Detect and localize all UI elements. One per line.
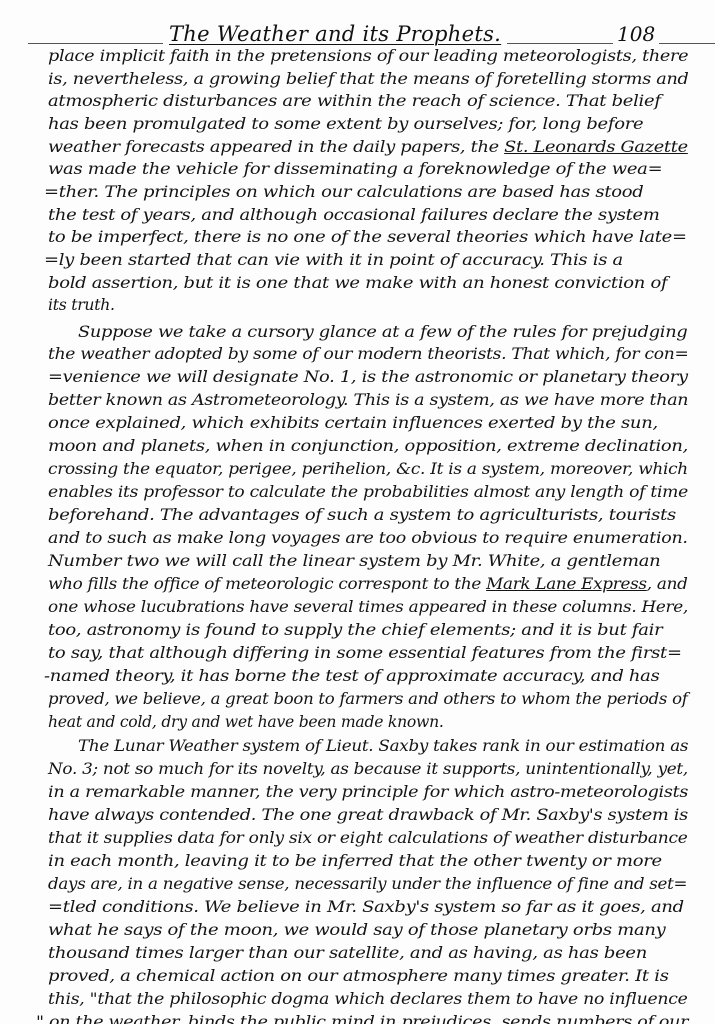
text-line: to be imperfect, there is no one of the … — [48, 228, 687, 246]
underlined-title: Mark Lane Express — [486, 575, 647, 593]
text-line: " on the weather, binds the public mind … — [36, 1013, 688, 1024]
text-line: enables its professor to calculate the p… — [48, 483, 688, 501]
underlined-title: St. Leonards Gazette — [504, 138, 688, 156]
text-line: place implicit faith in the pretensions … — [48, 47, 688, 65]
text-line: =venience we will designate No. 1, is th… — [48, 368, 688, 386]
text-line: one whose lucubrations have several time… — [48, 598, 688, 616]
text-line: in each month, leaving it to be inferred… — [48, 852, 662, 870]
text-line: proved, a chemical action on our atmosph… — [48, 967, 669, 985]
text-line: thousand times larger than our satellite… — [48, 944, 647, 962]
text-line: to say, that although differing in some … — [48, 644, 682, 662]
text-line: who fills the office of meteorologic cor… — [48, 575, 688, 593]
text-line: =ther. The principles on which our calcu… — [44, 183, 643, 201]
text-line: in a remarkable manner, the very princip… — [48, 783, 688, 801]
text-line: moon and planets, when in conjunction, o… — [48, 437, 688, 455]
text-line: crossing the equator, perigee, perihelio… — [48, 460, 688, 478]
text-line: Number two we will call the linear syste… — [48, 552, 660, 570]
text-line: beforehand. The advantages of such a sys… — [48, 506, 676, 524]
text-line: once explained, which exhibits certain i… — [48, 414, 658, 432]
text-line: the test of years, and although occasion… — [48, 206, 660, 224]
text-line: has been promulgated to some extent by o… — [48, 115, 643, 133]
text-line: No. 3; not so much for its novelty, as b… — [48, 760, 688, 778]
text-line: atmospheric disturbances are within the … — [48, 92, 661, 110]
text-line: proved, we believe, a great boon to farm… — [48, 690, 688, 708]
text-line: the weather adopted by some of our moder… — [48, 345, 688, 363]
text-line: days are, in a negative sense, necessari… — [48, 875, 687, 893]
text-line: and to such as make long voyages are too… — [48, 529, 688, 547]
paragraph-start-line: The Lunar Weather system of Lieut. Saxby… — [78, 737, 688, 755]
text-line: =ly been started that can vie with it in… — [44, 251, 623, 269]
text-line: that it supplies data for only six or ei… — [48, 829, 688, 847]
text-line: heat and cold, dry and wet have been mad… — [48, 713, 444, 731]
paragraph-start-line: Suppose we take a cursory glance at a fe… — [78, 323, 687, 341]
page-title: The Weather and its Prophets. — [163, 22, 507, 46]
text-line: have always contended. The one great dra… — [48, 806, 688, 824]
text-line: is, nevertheless, a growing belief that … — [48, 70, 689, 88]
page-number: 108 — [613, 22, 659, 46]
text-line: =tled conditions. We believe in Mr. Saxb… — [48, 898, 684, 916]
text-line: too, astronomy is found to supply the ch… — [48, 621, 662, 639]
text-line: bold assertion, but it is one that we ma… — [48, 274, 667, 292]
text-line: what he says of the moon, we would say o… — [48, 921, 665, 939]
text-line: better known as Astrometeorology. This i… — [48, 391, 688, 409]
manuscript-page: The Weather and its Prophets. 108 place … — [0, 0, 715, 1024]
text-line: was made the vehicle for disseminating a… — [48, 160, 662, 178]
text-line: weather forecasts appeared in the daily … — [48, 138, 688, 156]
text-line: -named theory, it has borne the test of … — [44, 667, 660, 685]
text-line: its truth. — [48, 296, 115, 314]
text-line: this, "that the philosophic dogma which … — [48, 990, 688, 1008]
